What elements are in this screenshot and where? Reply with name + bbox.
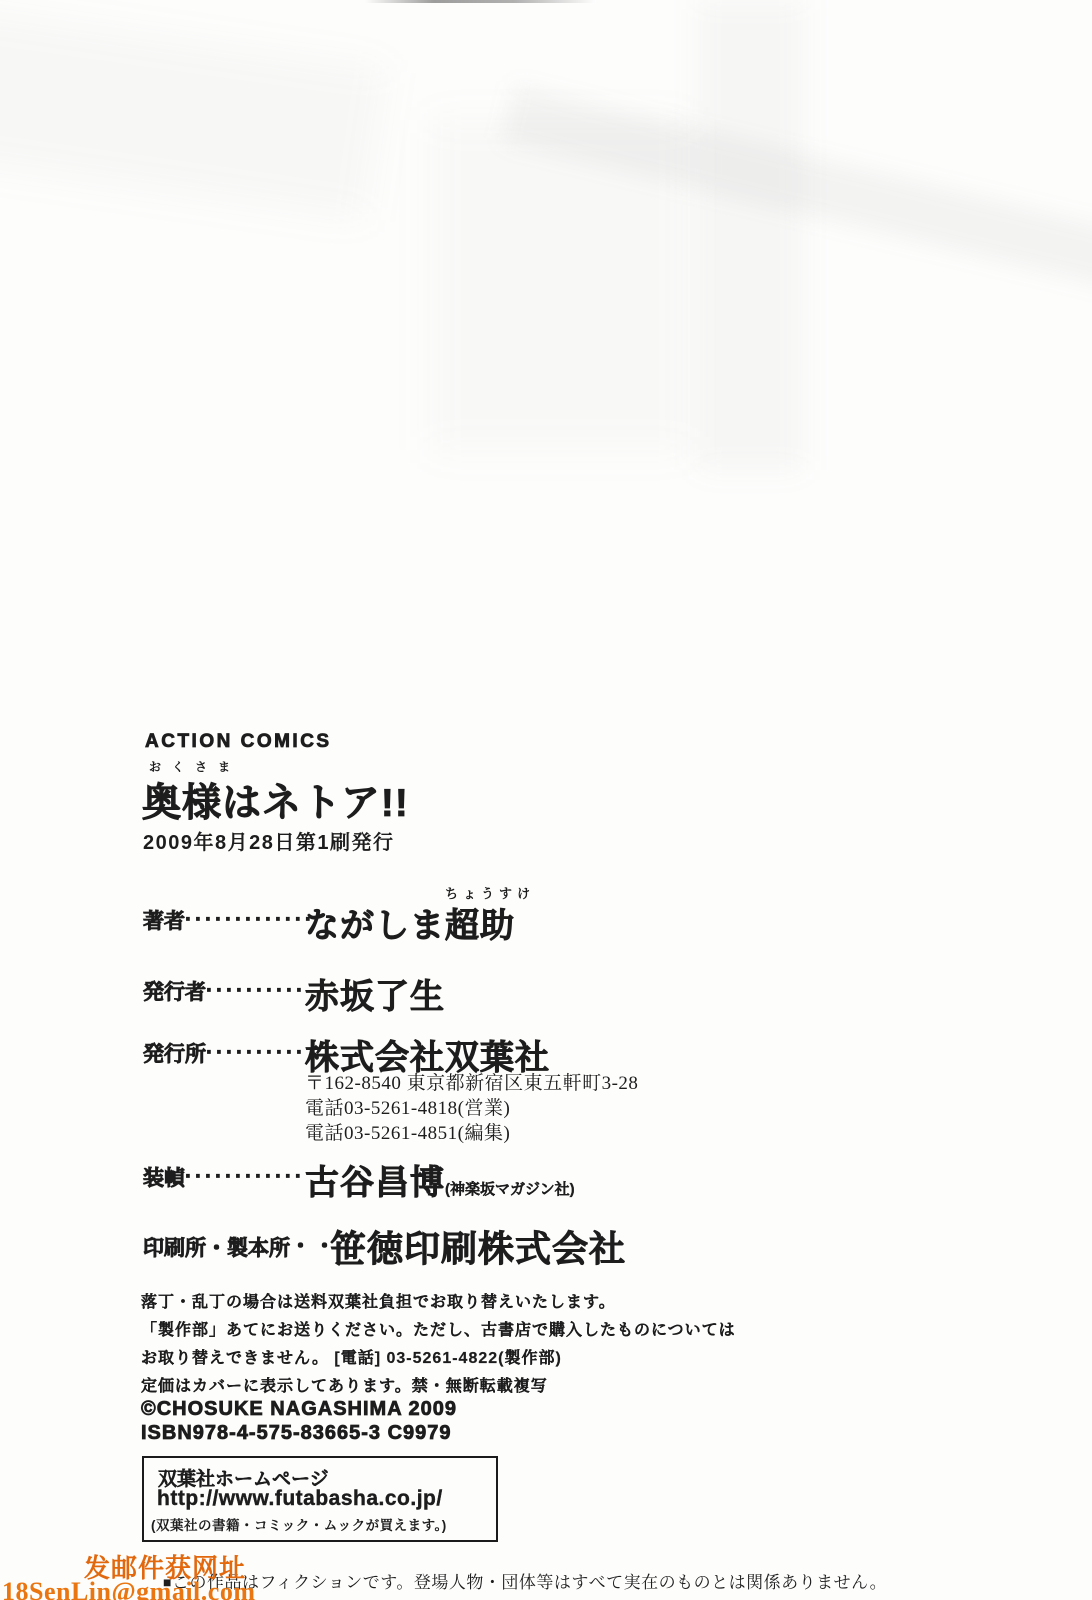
- notice-line: 「製作部」あてにお送りください。ただし、古書店で購入したものについては: [141, 1317, 736, 1345]
- homepage-url: http://www.futabasha.co.jp/: [157, 1487, 443, 1511]
- credit-label-publishing-house: 発行所··········: [143, 1038, 306, 1068]
- credit-value-design: 古谷昌博(神楽坂マガジン社): [305, 1155, 575, 1204]
- leader-dots: ············: [185, 1165, 305, 1188]
- colophon-page: ACTION COMICS おくさま 奥様はネトア!! 2009年8月28日第1…: [0, 0, 1092, 1600]
- scan-artifact-shade: [430, 120, 690, 450]
- publisher-phone-sales: 電話03-5261-4818(営業): [305, 1097, 638, 1120]
- publisher-phone-editorial: 電話03-5261-4851(編集): [305, 1122, 638, 1145]
- credit-label-author: 著者·············: [143, 905, 315, 935]
- leader-dots: ··········: [206, 1041, 306, 1064]
- design-affiliation: (神楽坂マガジン社): [445, 1181, 575, 1198]
- scan-artifact-fold: [698, 0, 803, 470]
- homepage-note: (双葉社の書籍・コミック・ムックが買えます。): [151, 1514, 447, 1534]
- credit-value-author: ちょうすけながしま超助: [305, 898, 515, 947]
- replacement-notice: 落丁・乱丁の場合は送料双葉社負担でお取り替えいたします。 「製作部」あてにお送り…: [141, 1289, 736, 1401]
- notice-line: 落丁・乱丁の場合は送料双葉社負担でお取り替えいたします。: [141, 1289, 736, 1317]
- imprint-label: ACTION COMICS: [145, 731, 332, 753]
- notice-line: 定価はカバーに表示してあります。禁・無断転載複写: [141, 1373, 736, 1401]
- leader-dots: ·············: [185, 908, 315, 931]
- credit-value-printing: 笹徳印刷株式会社: [330, 1221, 626, 1272]
- notice-line: お取り替えできません。 [電話] 03-5261-4822(製作部): [141, 1345, 736, 1373]
- fiction-disclaimer: ■この作品はフィクションです。登場人物・団体等はすべて実在のものとは関係ありませ…: [163, 1568, 887, 1593]
- scan-artifact-edge: [365, 0, 595, 3]
- isbn-line: ISBN978-4-575-83665-3 C9979: [141, 1422, 452, 1445]
- credit-label-design: 装幀············: [143, 1162, 305, 1192]
- credit-label-printing: 印刷所・製本所・・: [143, 1230, 338, 1262]
- copyright-line: ©CHOSUKE NAGASHIMA 2009: [141, 1398, 457, 1421]
- watermark-email: 18SenLin@gmail.com: [2, 1577, 255, 1600]
- credit-value-publisher: 赤坂了生: [305, 969, 445, 1018]
- scan-artifact-shade: [0, 8, 386, 218]
- credit-label-publisher: 発行者··········: [143, 976, 306, 1006]
- scan-artifact-fold: [501, 85, 1092, 295]
- publisher-contact-details: 〒162-8540 東京都新宿区東五軒町3-28 電話03-5261-4818(…: [305, 1072, 638, 1147]
- author-furigana: ちょうすけ: [445, 883, 535, 902]
- book-title: 奥様はネトア!!: [142, 772, 409, 828]
- edition-date: 2009年8月28日第1刷発行: [143, 826, 394, 855]
- publisher-address: 〒162-8540 東京都新宿区東五軒町3-28: [305, 1072, 638, 1095]
- leader-dots: ··········: [206, 979, 306, 1002]
